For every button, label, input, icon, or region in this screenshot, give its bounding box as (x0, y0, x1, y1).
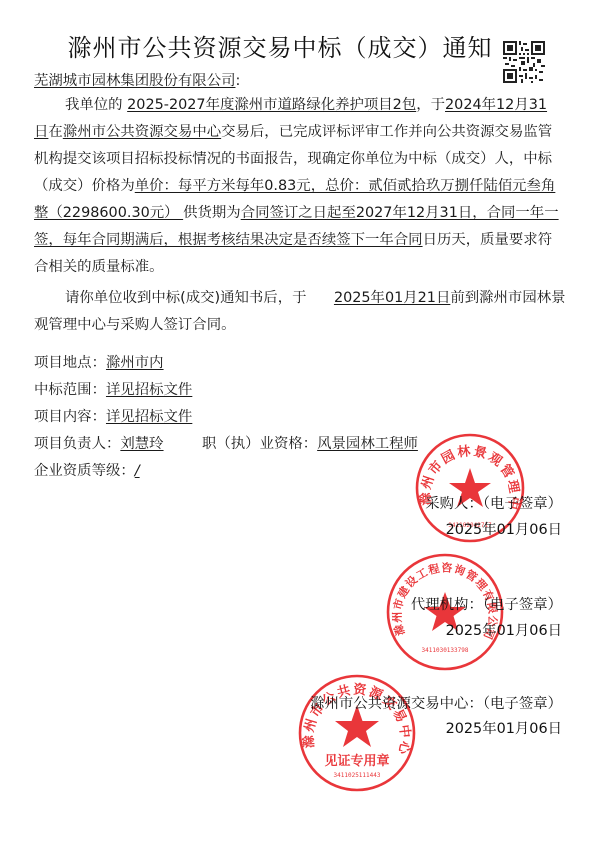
signature-trading-center-date: 2025年01月06日 (446, 720, 562, 738)
addressee-line: 芜湖城市园林集团股份有限公司: (34, 72, 240, 90)
contract-deadline: 2025年01月21日 (334, 290, 450, 306)
signature-agency: 代理机构：（电子签章） (411, 596, 562, 614)
field-scope: 中标范围：详见招标文件 (34, 381, 192, 399)
signature-purchaser-date: 2025年01月06日 (446, 521, 562, 539)
project-name: 2025-2027年度滁州市道路绿化养护项目2包 (127, 97, 416, 113)
award-price-numeric: 整（2298600.30元） (34, 205, 183, 221)
svg-text:3411030133798: 3411030133798 (422, 647, 469, 654)
signature-trading-center: 滁州市公共资源交易中心：（电子签章） (310, 695, 562, 713)
paragraph-line: 整（2298600.30元） 供货期为合同签订之日起至2027年12月31日，合… (34, 204, 559, 222)
paragraph-line: 我单位的 2025-2027年度滁州市道路绿化养护项目2包，于2024年12月3… (34, 96, 547, 114)
field-location: 项目地点：滁州市内 (34, 354, 164, 372)
field-manager: 项目负责人：刘慧玲 (34, 435, 164, 453)
field-content: 项目内容：详见招标文件 (34, 408, 192, 426)
stamp-agency: 滁州市建设工程咨询管理有限公司 3411030133798 (385, 552, 505, 676)
paragraph-line: 日在滁州市公共资源交易中心交易后，已完成评标评审工作并向公共资源交易监管 (34, 123, 552, 141)
paragraph-line: 机构提交该项目招标投标情况的书面报告，现确定你单位为中标（成交）人，中标 (34, 150, 552, 168)
qr-code (503, 40, 545, 84)
signature-purchaser: 采购人：（电子签章） (425, 495, 562, 513)
stamp-trading-center: 滁州市公共资源交易中心 见证专用章 3411025111443 (297, 673, 417, 797)
paragraph-line: 请你单位收到中标(成交)通知书后，于 2025年01月21日前到滁州市园林景 (34, 289, 566, 307)
field-grade: 企业资质等级：/ (34, 462, 140, 480)
addressee-company: 芜湖城市园林集团股份有限公司 (34, 73, 235, 89)
supply-period: 合同签订之日起至2027年12月31日，合同一年一 (241, 205, 559, 221)
svg-text:见证专用章: 见证专用章 (324, 753, 389, 769)
paragraph-line: 签，每年合同期满后，根据考核结果决定是否续签下一年合同日历天，质量要求符 (34, 231, 552, 249)
svg-text:3411025111443: 3411025111443 (334, 772, 381, 779)
trading-center: 滁州市公共资源交易中心 (63, 124, 221, 140)
award-price: 单价：每平方米每年0.83元，总价：贰佰贰拾玖万捌仟陆佰元叁角 (135, 178, 556, 194)
paragraph-line: 观管理中心与采购人签订合同。 (34, 316, 235, 334)
trade-date: 2024年12月31 (445, 97, 547, 113)
signature-agency-date: 2025年01月06日 (446, 622, 562, 640)
field-qualification: 职（执）业资格：风景园林工程师 (202, 435, 418, 453)
document-title: 滁州市公共资源交易中标（成交）通知 (0, 28, 560, 63)
paragraph-line: 合相关的质量标准。 (34, 258, 164, 276)
paragraph-line: （成交）价格为单价：每平方米每年0.83元，总价：贰佰贰拾玖万捌仟陆佰元叁角 (34, 177, 555, 195)
